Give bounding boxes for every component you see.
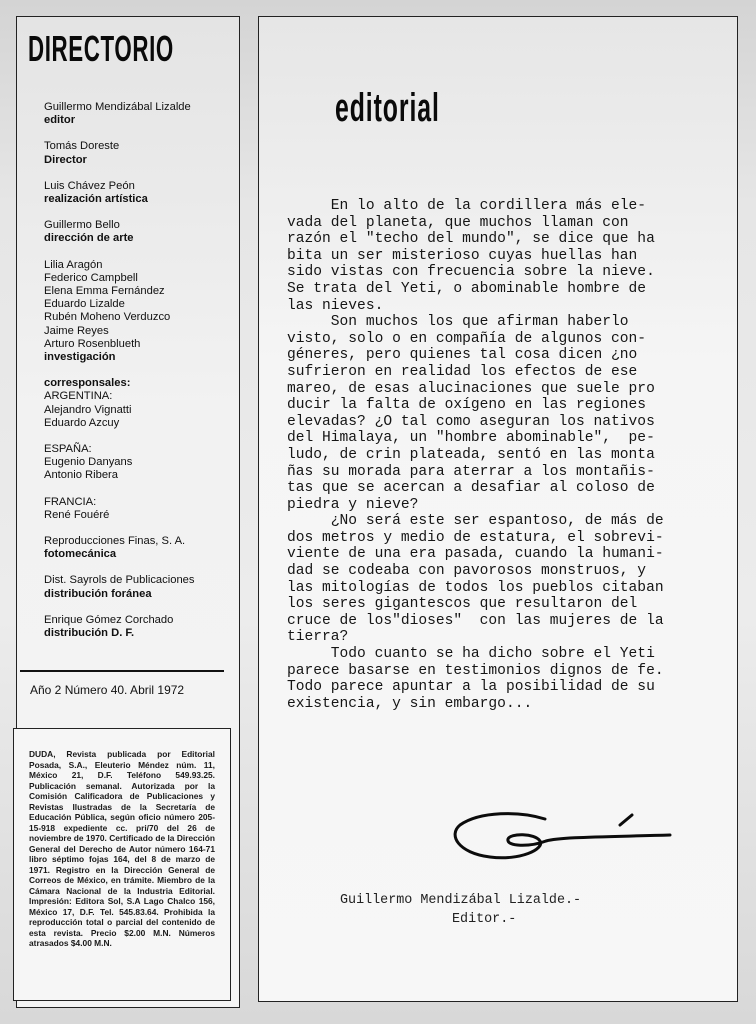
directory-role: dirección de arte bbox=[44, 232, 236, 245]
directory-role: corresponsales: bbox=[44, 377, 236, 390]
directory-name: Guillermo Mendizábal Lizalde bbox=[44, 101, 236, 114]
directory-name: Reproducciones Finas, S. A. bbox=[44, 535, 236, 548]
directory-group: Lilia AragónFederico CampbellElena Emma … bbox=[44, 259, 236, 365]
directory-country: ESPAÑA: bbox=[44, 443, 236, 456]
directory-role: distribución foránea bbox=[44, 588, 236, 601]
directory-group: corresponsales:ARGENTINA:Alejandro Vigna… bbox=[44, 377, 236, 430]
directory-name: Eduardo Azcuy bbox=[44, 417, 236, 430]
directory-name: Lilia Aragón bbox=[44, 259, 236, 272]
legal-notice-box: DUDA, Revista publicada por Editorial Po… bbox=[13, 728, 231, 1001]
directory-role: Director bbox=[44, 154, 236, 167]
directory-name: Elena Emma Fernández bbox=[44, 285, 236, 298]
directory-name: Enrique Gómez Corchado bbox=[44, 614, 236, 627]
signature-name: Guillermo Mendizábal Lizalde.- bbox=[340, 893, 581, 908]
directory-group: FRANCIA:René Fouéré bbox=[44, 496, 236, 522]
directory-role: distribución D. F. bbox=[44, 627, 236, 640]
directory-name: Arturo Rosenblueth bbox=[44, 338, 236, 351]
signature-icon bbox=[450, 805, 675, 865]
directory-country: ARGENTINA: bbox=[44, 390, 236, 403]
directory-group: Luis Chávez Peónrealización artística bbox=[44, 180, 236, 206]
editorial-body: En lo alto de la cordillera más ele- vad… bbox=[287, 198, 732, 712]
directory-role: investigación bbox=[44, 351, 236, 364]
directory-list: Guillermo Mendizábal LizaldeeditorTomás … bbox=[44, 101, 236, 653]
directory-group: Guillermo Mendizábal Lizaldeeditor bbox=[44, 101, 236, 127]
directory-name: Eugenio Danyans bbox=[44, 456, 236, 469]
directory-country: FRANCIA: bbox=[44, 496, 236, 509]
editorial-title: editorial bbox=[335, 86, 440, 131]
directory-role: fotomecánica bbox=[44, 548, 236, 561]
directory-name: René Fouéré bbox=[44, 509, 236, 522]
directory-group: Guillermo Bellodirección de arte bbox=[44, 219, 236, 245]
directory-name: Alejandro Vignatti bbox=[44, 404, 236, 417]
legal-notice: DUDA, Revista publicada por Editorial Po… bbox=[29, 749, 215, 949]
directory-group: ESPAÑA:Eugenio DanyansAntonio Ribera bbox=[44, 443, 236, 483]
directory-group: Enrique Gómez Corchadodistribución D. F. bbox=[44, 614, 236, 640]
directory-name: Rubén Moheno Verduzco bbox=[44, 311, 236, 324]
directory-name: Dist. Sayrols de Publicaciones bbox=[44, 574, 236, 587]
directory-name: Jaime Reyes bbox=[44, 325, 236, 338]
directory-name: Tomás Doreste bbox=[44, 140, 236, 153]
directory-name: Federico Campbell bbox=[44, 272, 236, 285]
directory-name: Eduardo Lizalde bbox=[44, 298, 236, 311]
directory-name: Antonio Ribera bbox=[44, 469, 236, 482]
signature-role: Editor.- bbox=[452, 912, 516, 927]
directory-group: Tomás DoresteDirector bbox=[44, 140, 236, 166]
directory-group: Reproducciones Finas, S. A.fotomecánica bbox=[44, 535, 236, 561]
directory-name: Guillermo Bello bbox=[44, 219, 236, 232]
directory-role: editor bbox=[44, 114, 236, 127]
directory-group: Dist. Sayrols de Publicacionesdistribuci… bbox=[44, 574, 236, 600]
directory-name: Luis Chávez Peón bbox=[44, 180, 236, 193]
divider bbox=[20, 670, 224, 672]
directory-role: realización artística bbox=[44, 193, 236, 206]
issue-info: Año 2 Número 40. Abril 1972 bbox=[30, 683, 184, 697]
directory-title: DIRECTORIO bbox=[28, 28, 174, 70]
